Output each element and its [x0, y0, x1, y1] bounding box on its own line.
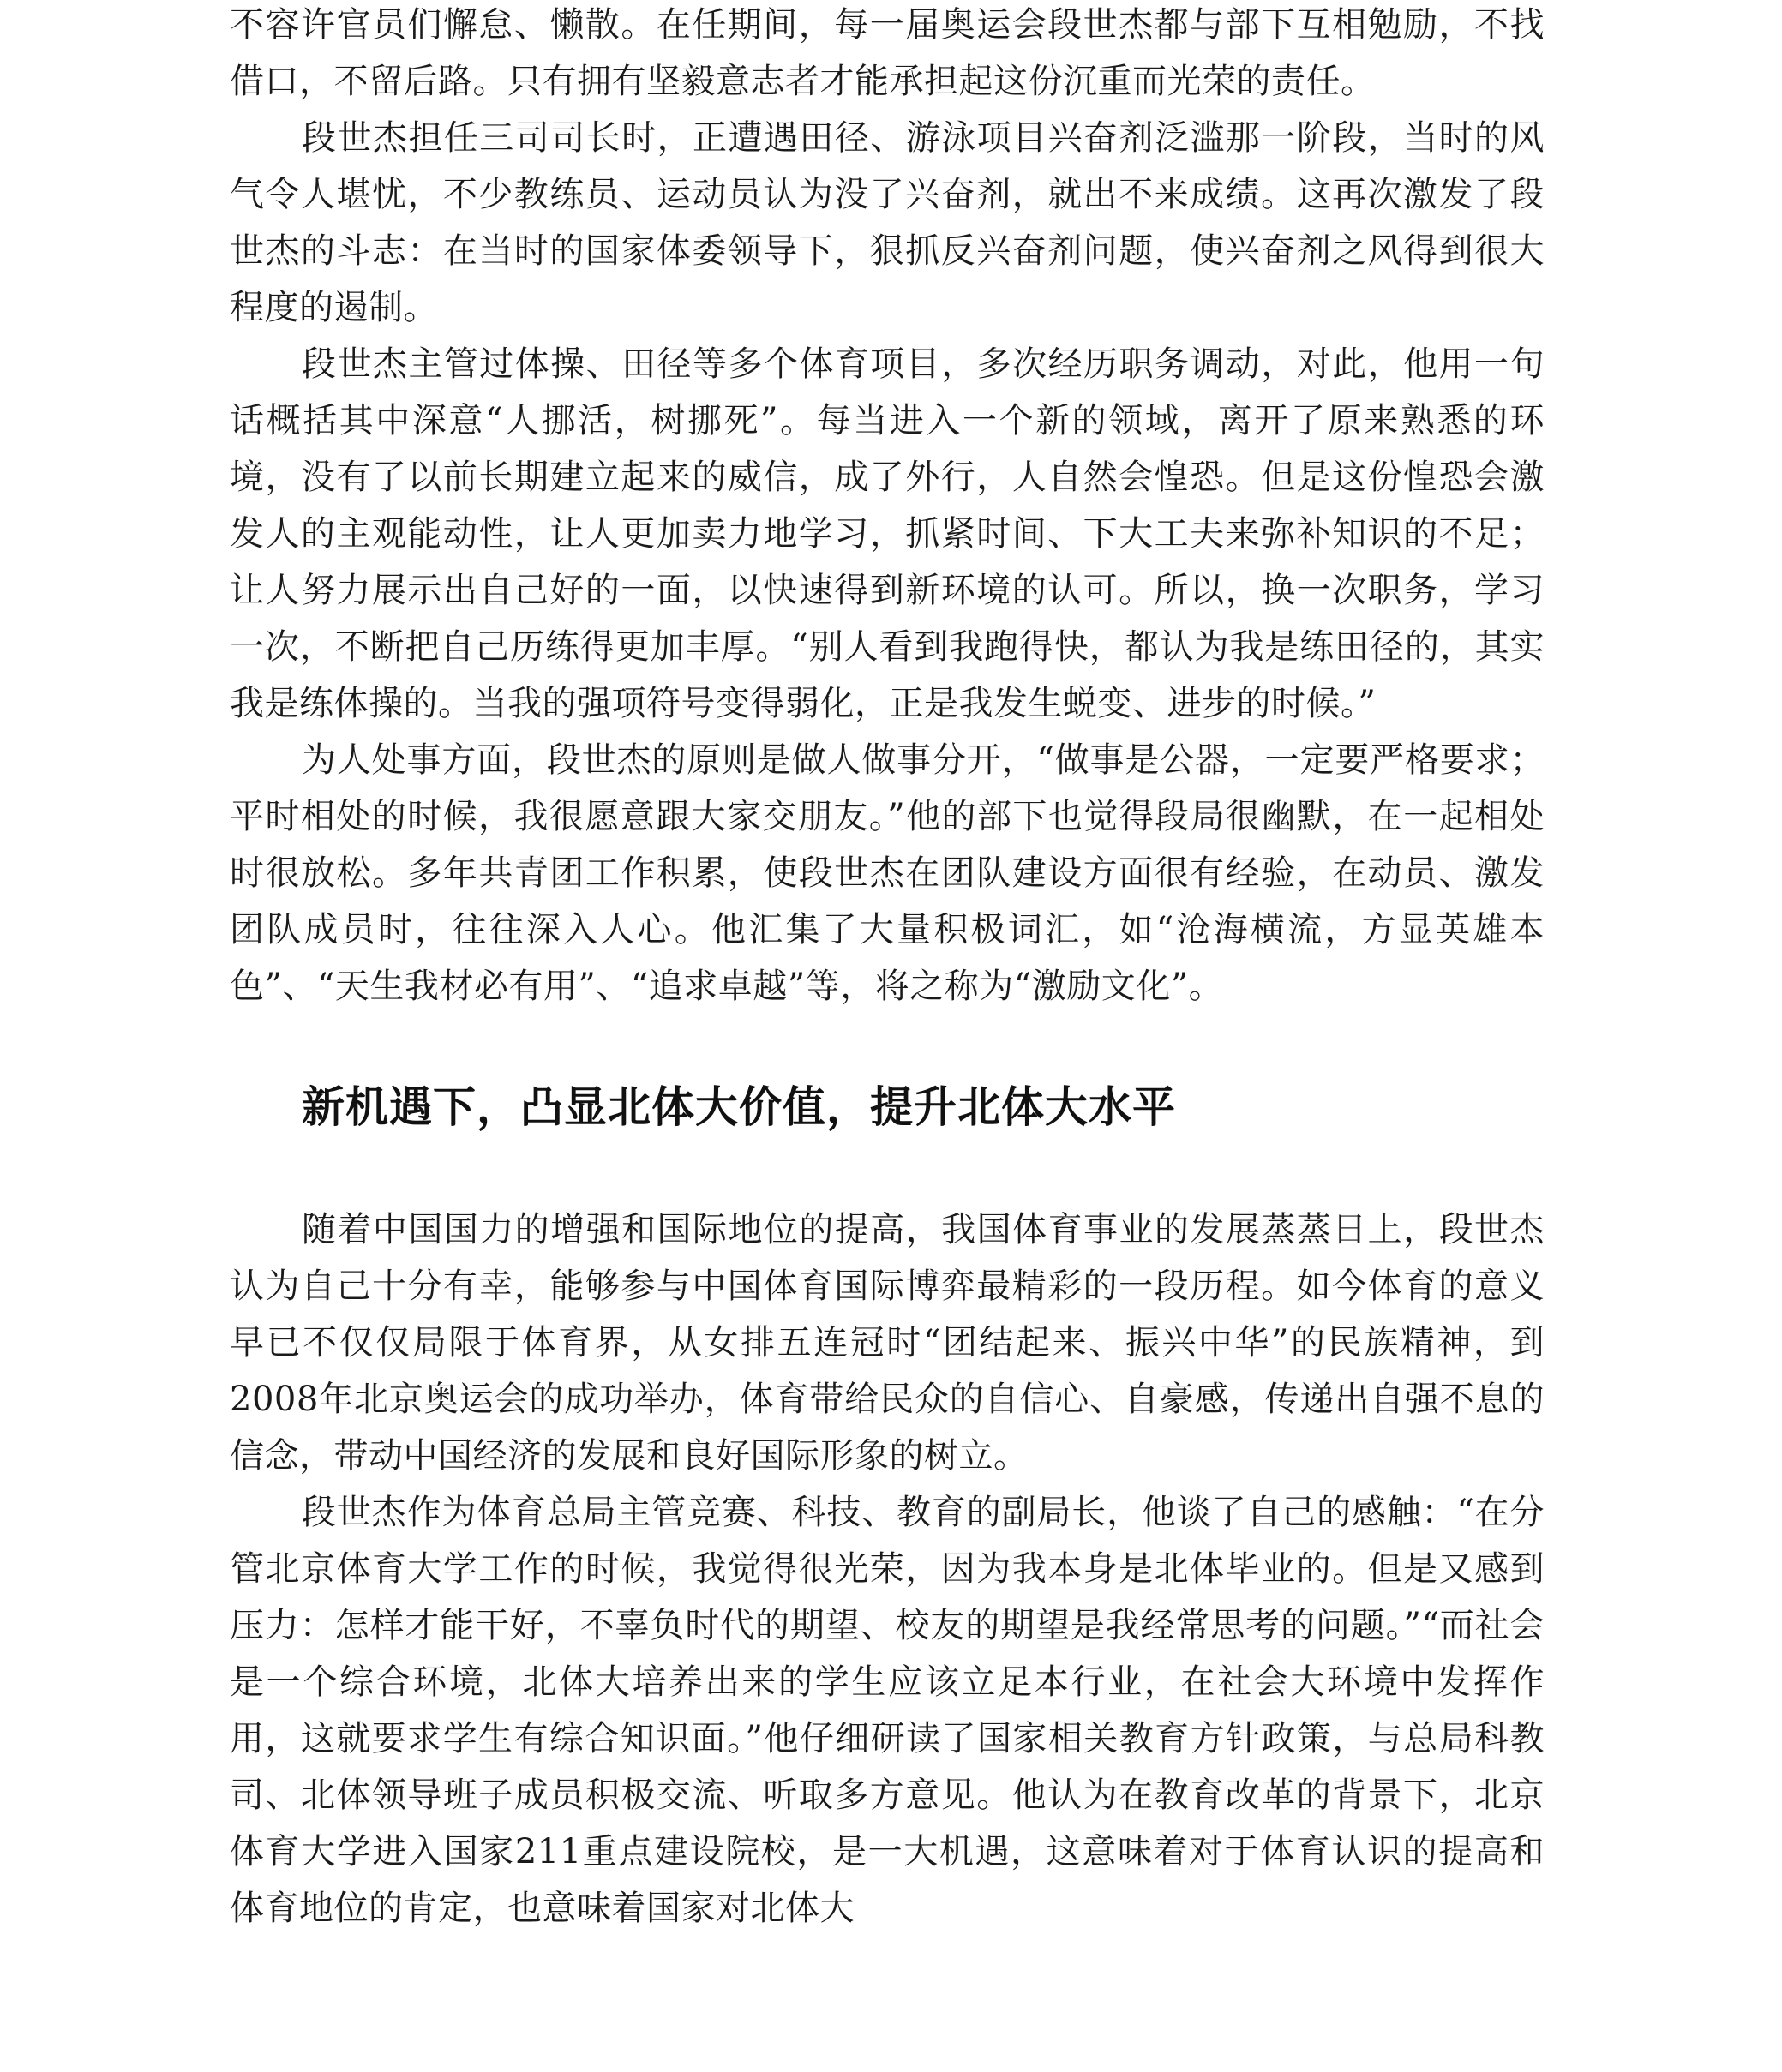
paragraph-motivation-culture: 为人处事方面，段世杰的原则是做人做事分开，“做事是公器，一定要严格要求；平时相处… [230, 732, 1545, 1015]
paragraph-doping: 段世杰担任三司司长时，正遭遇田径、游泳项目兴奋剂泛滥那一阶段，当时的风气令人堪忧… [230, 110, 1545, 336]
section-heading: 新机遇下，凸显北体大价值，提升北体大水平 [302, 1081, 1545, 1201]
paragraph-continued: 不容许官员们懈怠、懒散。在任期间，每一届奥运会段世杰都与部下互相勉励，不找借口，… [230, 0, 1545, 110]
section-previous: 不容许官员们懈怠、懒散。在任期间，每一届奥运会段世杰都与部下互相勉励，不找借口，… [230, 0, 1545, 1015]
section-bsu-value: 随着中国国力的增强和国际地位的提高，我国体育事业的发展蒸蒸日上，段世杰认为自己十… [230, 1201, 1545, 1937]
paragraph-job-transfers: 段世杰主管过体操、田径等多个体育项目，多次经历职务调动，对此，他用一句话概括其中… [230, 336, 1545, 732]
document-page: 不容许官员们懈怠、懒散。在任期间，每一届奥运会段世杰都与部下互相勉励，不找借口，… [230, 0, 1545, 1937]
paragraph-bsu-reflection: 段世杰作为体育总局主管竞赛、科技、教育的副局长，他谈了自己的感触：“在分管北京体… [230, 1484, 1545, 1937]
paragraph-sports-development: 随着中国国力的增强和国际地位的提高，我国体育事业的发展蒸蒸日上，段世杰认为自己十… [230, 1201, 1545, 1484]
